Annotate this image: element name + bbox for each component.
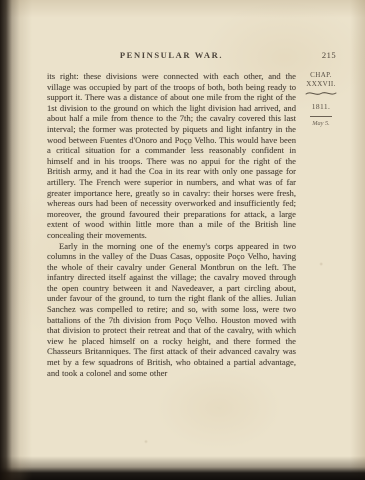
margin-chapter-number: XXXVII. <box>297 80 345 89</box>
body-paragraph-1: its right: these divisions were connecte… <box>47 71 296 241</box>
margin-note-chapter: CHAP. XXXVII. <box>297 71 345 97</box>
page-number: 215 <box>311 50 347 60</box>
margin-chapter-label: CHAP. <box>297 71 345 80</box>
body-text: its right: these divisions were connecte… <box>47 71 296 378</box>
flourish-underline-icon <box>305 90 337 97</box>
body-paragraph-2: Early in the morning one of the enemy's … <box>47 241 296 379</box>
running-title: PENINSULAR WAR. <box>47 50 296 60</box>
margin-rule <box>310 116 332 117</box>
scanned-book-page: PENINSULAR WAR. 215 its right: these div… <box>0 0 365 480</box>
margin-notes: CHAP. XXXVII. 1811. May 5. <box>297 71 345 127</box>
margin-note-date: May 5. <box>297 120 345 127</box>
margin-note-year: 1811. <box>297 102 345 111</box>
page-header: PENINSULAR WAR. 215 <box>47 50 347 64</box>
